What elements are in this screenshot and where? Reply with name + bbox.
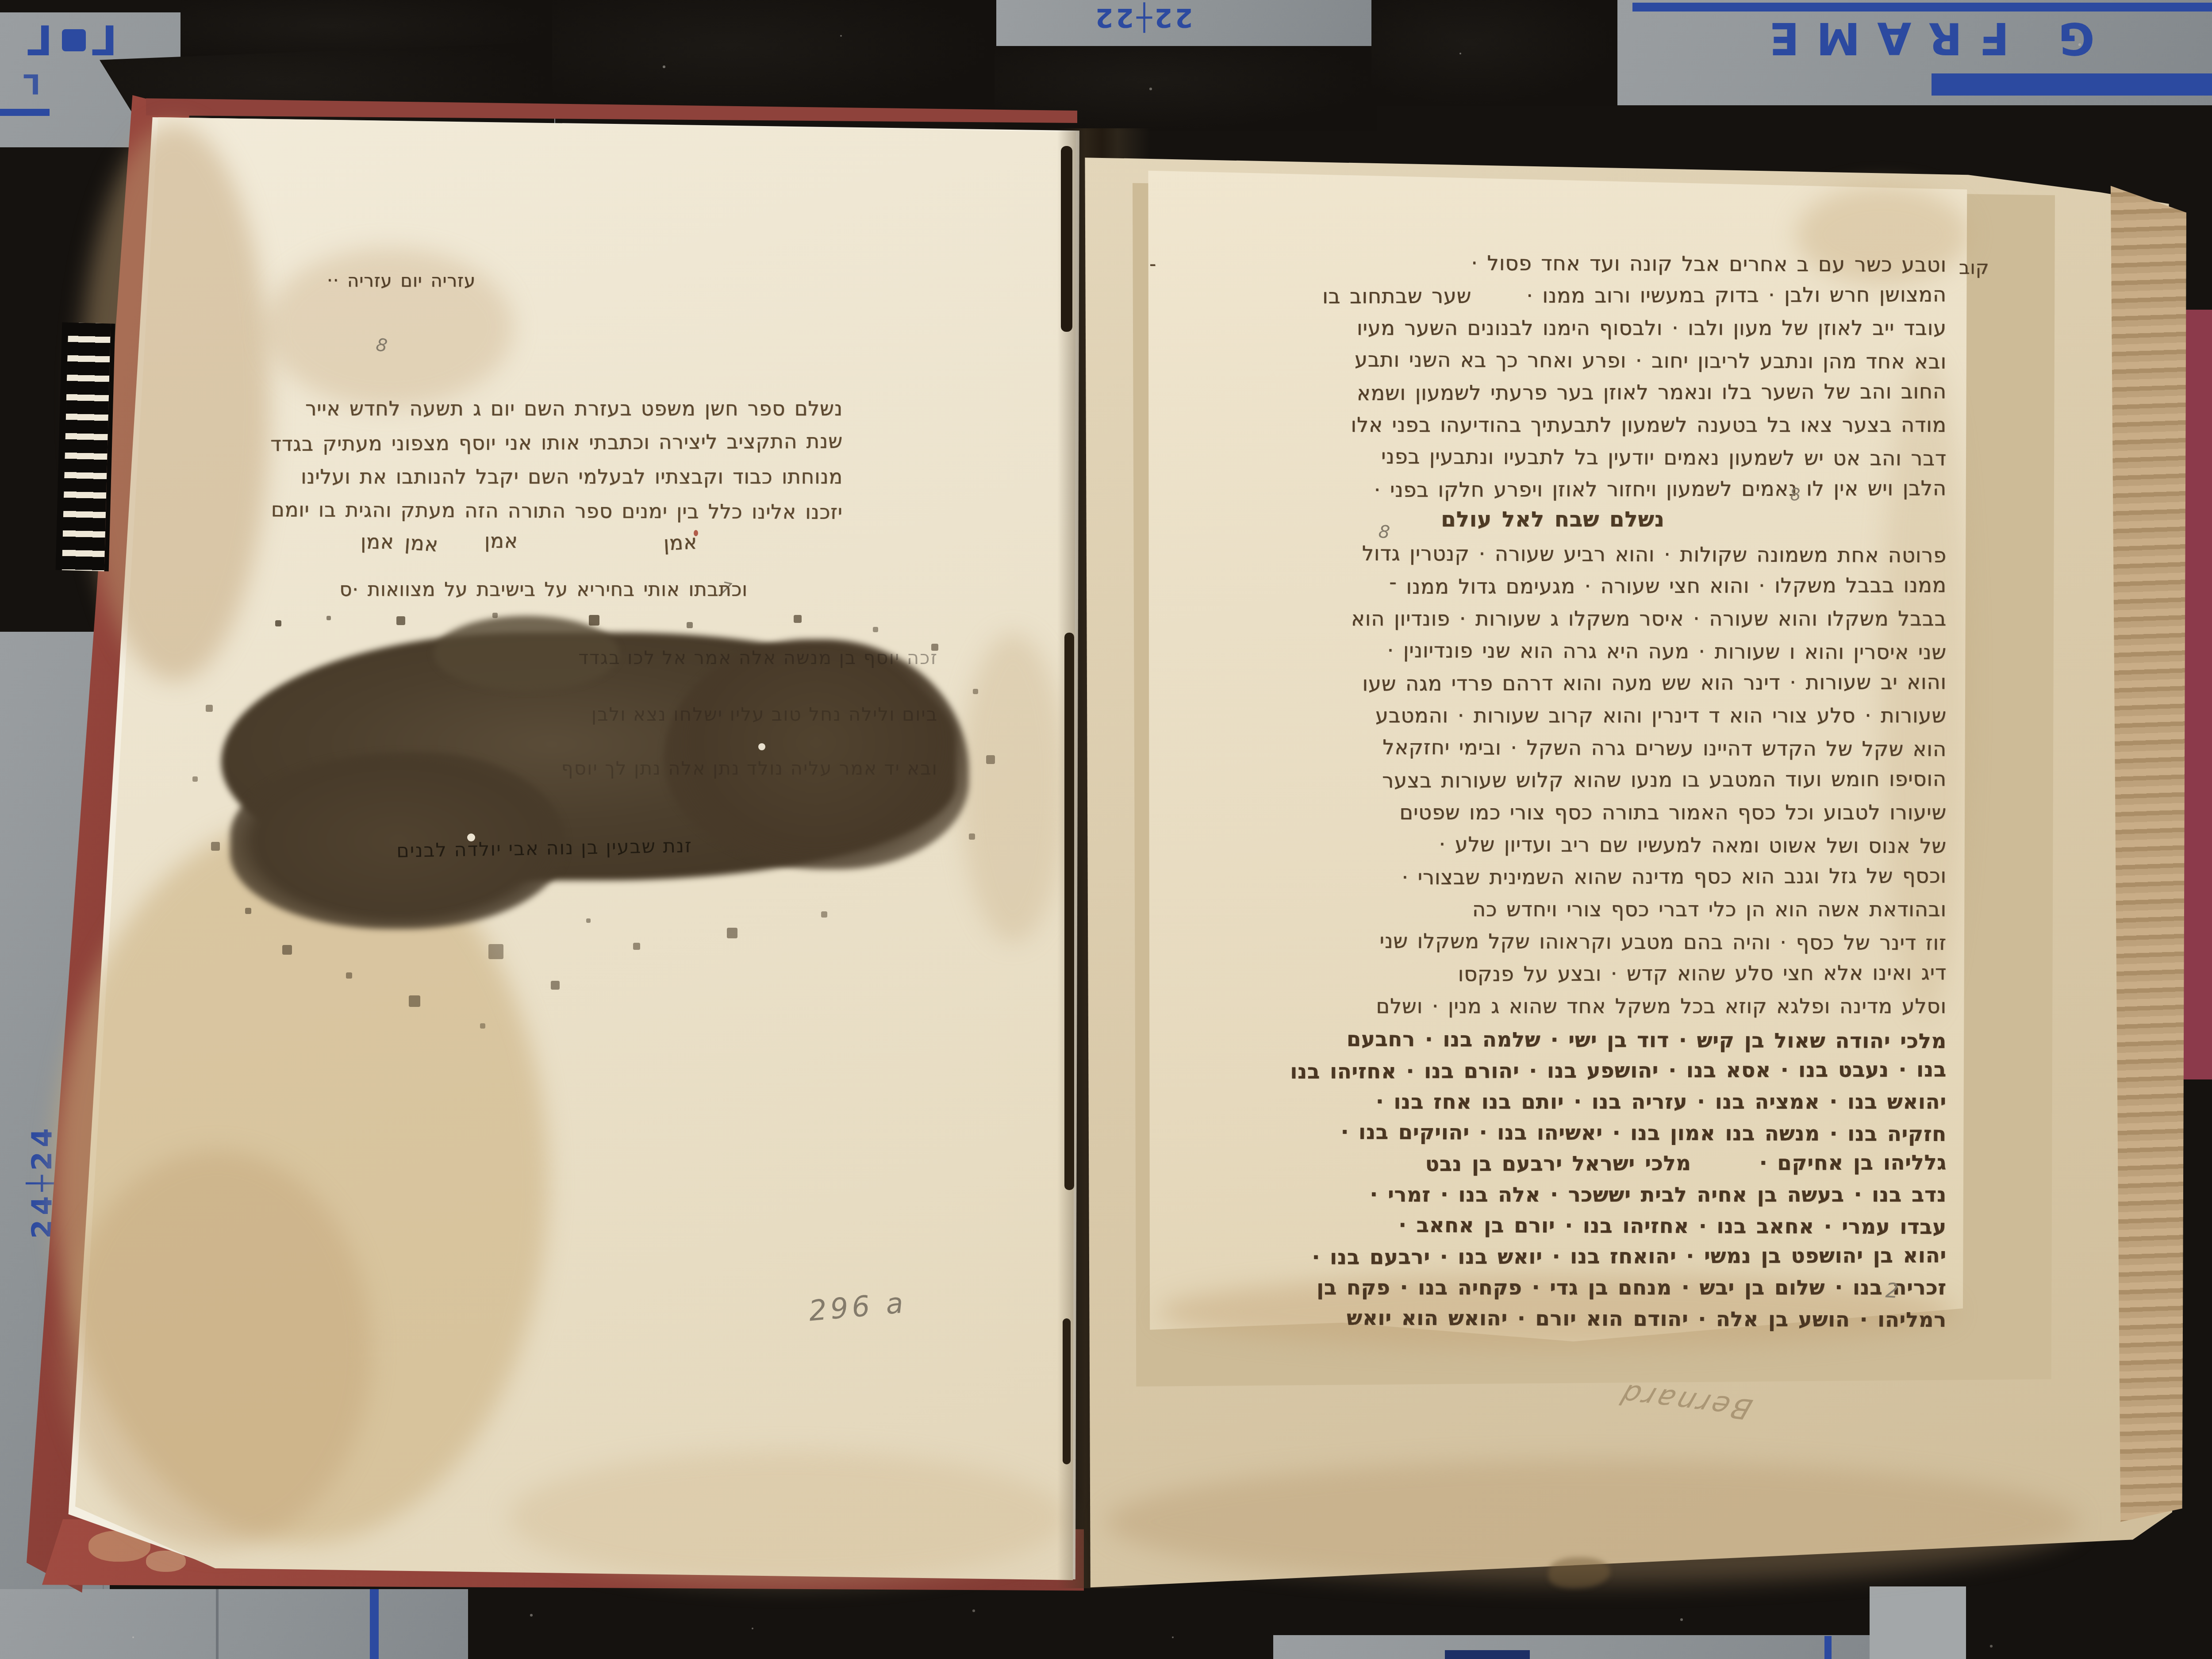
kings-list-line: יהואש בנו · אמציה בנו · עזריה בנו · יותם… (1155, 1088, 1947, 1115)
left-header-line: עזריה יום עזריה ·· (272, 271, 476, 291)
margin-word: קוב (1959, 257, 1989, 278)
kings-list-line: חזקיה בנו · מנשה בנו אמון בנו · יאשיהו ב… (1155, 1118, 1947, 1147)
text-line: פרוטה אחת משמונה שקולות · והוא רביע שעור… (1155, 539, 1947, 568)
ruler-glyph-square (62, 29, 86, 51)
ruler-bottom-left-blue-line (370, 1589, 379, 1659)
ruler-top-right-line-lower (1932, 73, 2212, 96)
ruler-glyph-l1: L (27, 18, 53, 65)
text-line: עובד ייב לאוזן של מעון ולבו · ולבסוף הימ… (1155, 315, 1947, 341)
manuscript-photo: L L Γ 22┼22 G FRAME 24┼24 עזריה יום עזרי… (0, 0, 2212, 1659)
amen-word: אמן (663, 530, 698, 555)
ruler-bottom-navy-patch (1445, 1650, 1530, 1659)
felt-patch-top-e (1371, 0, 1617, 106)
text-line: של אנוס ושל אשוט ומאה למעשיו שם ריב ועדי… (1155, 830, 1947, 859)
kings-list-line: רמליהו · הושע בן אלה · יהודם הוא יורם · … (1155, 1304, 1947, 1333)
text-line: החוב והב של השער בלו ונאמר לאוזן בער פרע… (1155, 378, 1947, 407)
text-line: ממנו בבבל משקלו · והוא חצי שעורה · מגעימ… (1155, 572, 1947, 601)
stain-right-of-blot (960, 633, 1066, 942)
text-line: וטבע כשר עם ב אחרים אבל קונה ועד אחד פסו… (1155, 249, 1947, 278)
text-line: וכסף של גזל וגנב הוא כסף מדינה שהוא השמי… (1155, 862, 1947, 891)
blot-faint-line: זכה יוסף בן מנשה אלה אמר אל לכו בגדד (248, 647, 938, 668)
closing-line: וכתבתו אותי בחיריא על בישיבת על מצוואות … (230, 579, 748, 601)
kings-list-line: גלליהו בן אחיקם · מלכי ישראל ירבעם בן נב… (1155, 1149, 1947, 1178)
text-line: והוא יב שעורות · דינר הוא שש מעה והוא דר… (1155, 668, 1947, 698)
kings-list-line: זכריה בנו · שלום בן יבש · מנחם בן גדי · … (1155, 1274, 1947, 1301)
stain-bottom-wide (509, 1451, 1066, 1584)
section-header: נשלם שבח לאל עולם (1157, 507, 1949, 532)
kings-list-line: יהוא בן יהושפט בן נמשי · יהואחז בנו · יו… (1155, 1242, 1947, 1271)
ruler-bottom-blue-tick (1824, 1636, 1832, 1659)
label-tab (56, 323, 115, 572)
text-line: הוא שקל של הקדש דהיינו עשרים גרה השקל · … (1155, 733, 1947, 762)
text-line: המצושן חרש ולבן · בדוק במעשיו ורוב ממנו … (1155, 281, 1947, 310)
ruler-bottom-strip (1273, 1635, 1871, 1659)
text-line: שעורות · סלע צורי הוא ד דינרין והוא קרוב… (1155, 702, 1947, 729)
ruler-bottom-left-divider (216, 1589, 219, 1659)
ink-splatter (0, 0, 1, 1)
text-line: הלבן ויש אין לו נאמים לשמעון ויחזור לאוז… (1155, 475, 1947, 504)
colophon-line: שנת התקציב ליצירה וכתבתי אותו אני יוסף מ… (241, 427, 843, 458)
amen-word: אמן (404, 530, 439, 556)
text-line: זוז דינר של כסף · והיה בהם מטבע וקראוהו … (1155, 927, 1947, 956)
text-line: ובהודאת אשה הוא הן כלי דברי כסף צורי ויח… (1155, 896, 1947, 922)
gutter-sliver-bottom (1063, 1318, 1071, 1464)
pencil-folio-right: 2 (1885, 1278, 1899, 1302)
kings-list-line: מלכי יהודה שאול בן קיש · דוד בן ישי · של… (1155, 1025, 1947, 1054)
ruler-top-right-line-upper (1632, 3, 2212, 12)
ruler-glyph-l2: L (91, 18, 117, 65)
amen-word: אמן (361, 530, 394, 553)
worm-hole-b (467, 833, 475, 841)
ruler-blue-bar (0, 109, 50, 116)
text-line: שני איסרין והוא ו שעורות · מעה היא גרה ה… (1155, 636, 1947, 665)
gutter-sliver-top (1061, 146, 1072, 332)
felt-patch-top-c (552, 0, 996, 116)
colophon-line: יזכנו אלינו כלל בין ימנים ספר התורה הזה … (241, 496, 843, 526)
kings-list-line: בנו · נעבט בנו · אסא בנו · יהושפע בנו · … (1155, 1056, 1947, 1085)
ruler-top-center-label: 22┼22 (1093, 3, 1193, 33)
colophon-line: נשלם ספר חשן משפט בעזרת השם יום ג תשעה ל… (241, 395, 843, 422)
colophon-line: מנוחתו כבוד וקבצתיו לבעלמי השם יקבל להנו… (241, 463, 843, 491)
ruler-bottom-left (0, 1589, 468, 1659)
text-line: דיג ואינו אלא חצי סלע שהוא קדש · ובצע על… (1155, 959, 1947, 988)
worm-hole-a (758, 743, 765, 750)
amen-word: אמן (484, 529, 518, 553)
pencil-mark-8-right-b: 8 (1789, 484, 1801, 505)
blot-faint-line: ובא יד אמר עליה נולד נתן אלה נתן לך יוסף (248, 757, 938, 779)
ruler-glyph-partial: Γ (23, 69, 41, 101)
ruler-top-right-label: G FRAME (1640, 12, 2207, 64)
text-line: דבר והב אט יש לשמעון נאמים יודעין בל לתב… (1155, 442, 1947, 472)
text-line: בבבל משקלו והוא שעורה · איסר משקלו ג שעו… (1155, 605, 1947, 632)
red-fleck (694, 530, 698, 536)
kings-list-line: עבדו עמרי · אחאב בנו · אחזיהו בנו · יורם… (1155, 1211, 1947, 1240)
text-line: הוסיפו חומש ועוד המטבע בו מנעו שהוא קלוש… (1155, 765, 1947, 795)
text-line: שיעורו לטבוע וכל כסף האמור בתורה כסף צור… (1155, 799, 1947, 826)
text-line: וסלע מדינה ופלגא קוזא בכל משקל אחד שהוא … (1155, 993, 1947, 1019)
stain-bottom-inner (62, 1150, 372, 1548)
blot-faint-line: ביום ולילה נחל טוב עליו ישלחו נצא ולבן (248, 703, 938, 725)
ruler-bottom-band (1870, 1586, 1966, 1659)
text-line: ובא אחד מהן ונתבע לריבון יחוב · ופרע ואח… (1155, 346, 1947, 375)
text-line: מודה בצער צאו בל בטענה לשמעון לתבעתיך בה… (1155, 411, 1947, 438)
gutter-sliver-mid (1064, 633, 1074, 1190)
kings-list-line: נדב בנו · בעשה בן אחיה לבית יששכר · אלה … (1155, 1181, 1947, 1208)
